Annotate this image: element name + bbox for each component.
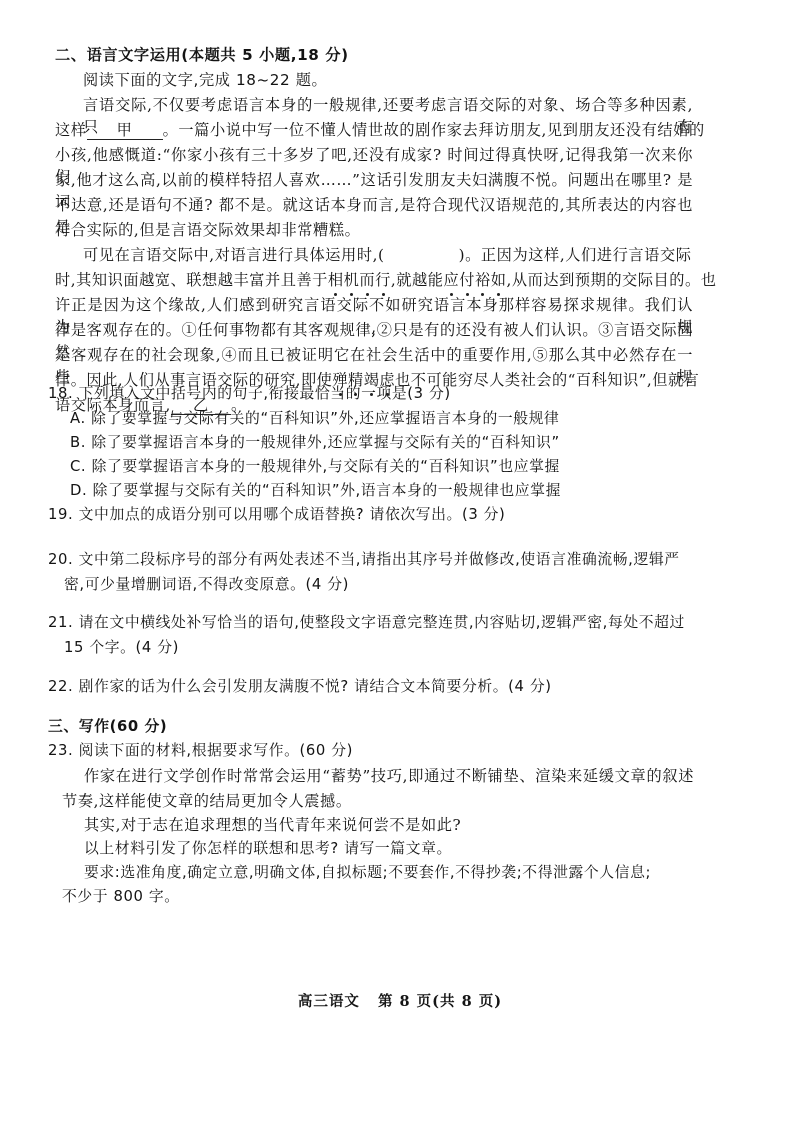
- dotted-idiom-1: 相机而行: [328, 271, 391, 289]
- passage-line: 符合实际的,但是言语交际效果却非常糟糕。: [55, 219, 360, 241]
- blank-jia: 甲: [87, 121, 163, 140]
- requirements-line2: 不少于 800 字。: [62, 886, 180, 908]
- passage-text: )。正因为这样,人们进行言语交际: [459, 246, 692, 264]
- question-21-line2: 15 个字。(4 分): [64, 637, 179, 659]
- page-footer: 高三语文 第 8 页(共 8 页): [0, 990, 800, 1011]
- material-line: 其实,对于志在追求理想的当代青年来说何尝不是如此?: [84, 814, 461, 836]
- section2-heading: 二、语言文字运用(本题共 5 小题,18 分): [55, 44, 349, 66]
- question-text: 文中第二段标序号的部分有两处表述不当,请指出其序号并做修改,使语言准确流畅,逻辑…: [79, 551, 680, 568]
- question-number: 21.: [48, 614, 73, 631]
- question-18-stem: 18. 下列填入文中括号内的句子,衔接最恰当的一项是(3 分): [48, 383, 451, 405]
- question-text: 文中加点的成语分别可以用哪个成语替换? 请依次写出。(3 分): [79, 506, 506, 523]
- dotted-idiom-2: 应付裕如: [444, 271, 507, 289]
- option-label: B.: [70, 434, 86, 451]
- question-text: 剧作家的话为什么会引发朋友满腹不悦? 请结合文本简要分析。(4 分): [79, 678, 552, 695]
- option-a[interactable]: A. 除了要掌握与交际有关的“百科知识”外,还应掌握语言本身的一般规律: [70, 408, 559, 430]
- option-c[interactable]: C. 除了要掌握语言本身的一般规律外,与交际有关的“百科知识”也应掌握: [70, 456, 560, 478]
- question-22: 22. 剧作家的话为什么会引发朋友满腹不悦? 请结合文本简要分析。(4 分): [48, 676, 552, 698]
- footer-page-number: 第 8 页(共 8 页): [378, 993, 502, 1010]
- question-number: 23.: [48, 742, 73, 759]
- writing-prompt: 以上材料引发了你怎样的联想和思考? 请写一篇文章。: [84, 838, 452, 860]
- question-text: 下列填入文中括号内的句子,衔接最恰当的一项是(3 分): [79, 385, 451, 402]
- question-20-line1: 20. 文中第二段标序号的部分有两处表述不当,请指出其序号并做修改,使语言准确流…: [48, 549, 680, 571]
- option-text: 除了要掌握语言本身的一般规律外,与交际有关的“百科知识”也应掌握: [92, 458, 560, 475]
- passage-line: 这样甲。一篇小说中写一位不懂人情世故的剧作家去拜访朋友,见到朋友还没有结婚的: [55, 119, 695, 141]
- question-number: 19.: [48, 506, 73, 523]
- question-23: 23. 阅读下面的材料,根据要求写作。(60 分): [48, 740, 353, 762]
- option-b[interactable]: B. 除了要掌握语言本身的一般规律外,还应掌握与交际有关的“百科知识”: [70, 432, 560, 454]
- option-text: 除了要掌握语言本身的一般规律外,还应掌握与交际有关的“百科知识”: [91, 434, 559, 451]
- material-line: 节奏,这样能使文章的结局更加令人震撼。: [62, 790, 352, 812]
- question-text: 阅读下面的材料,根据要求写作。(60 分): [79, 742, 353, 759]
- requirements-line1: 要求:选准角度,确定立意,明确文体,自拟标题;不要套作,不得抄袭;不得泄露个人信…: [84, 862, 651, 884]
- question-21-line1: 21. 请在文中横线处补写恰当的语句,使整段文字语意完整连贯,内容贴切,逻辑严密…: [48, 612, 685, 634]
- question-20-line2: 密,可少量增删词语,不得改变原意。(4 分): [64, 574, 349, 596]
- footer-subject: 高三语文: [298, 993, 360, 1010]
- passage-line: 时,其知识面越宽、联想越丰富并且善于相机而行,就越能应付裕如,从而达到预期的交际…: [55, 269, 695, 291]
- question-number: 18.: [48, 385, 73, 402]
- passage-text: 这样: [55, 121, 87, 139]
- passage-text: ,就越能: [391, 271, 444, 289]
- option-d[interactable]: D. 除了要掌握与交际有关的“百科知识”外,语言本身的一般规律也应掌握: [70, 480, 561, 502]
- passage-text: 。一篇小说中写一位不懂人情世故的剧作家去拜访朋友,见到朋友还没有结婚的: [163, 121, 705, 139]
- option-label: D.: [70, 482, 87, 499]
- option-text: 除了要掌握与交际有关的“百科知识”外,还应掌握语言本身的一般规律: [91, 410, 559, 427]
- passage-line: 可见在言语交际中,对语言进行具体运用时,()。正因为这样,人们进行言语交际: [83, 244, 693, 266]
- material-line: 作家在进行文学创作时常常会运用“蓄势”技巧,即通过不断铺垫、渲染来延缓文章的叙述: [84, 765, 694, 787]
- question-text: 请在文中横线处补写恰当的语句,使整段文字语意完整连贯,内容贴切,逻辑严密,每处不…: [79, 614, 685, 631]
- section2-instruction: 阅读下面的文字,完成 18~22 题。: [83, 69, 327, 91]
- passage-text: 可见在言语交际中,对语言进行具体运用时,(: [83, 246, 385, 264]
- question-number: 22.: [48, 678, 73, 695]
- exam-page: 二、语言文字运用(本题共 5 小题,18 分) 阅读下面的文字,完成 18~22…: [0, 0, 800, 1132]
- passage-text: ,从而达到预期的交际目的。也: [507, 271, 717, 289]
- option-label: C.: [70, 458, 86, 475]
- section3-heading: 三、写作(60 分): [48, 716, 167, 738]
- option-label: A.: [70, 410, 86, 427]
- option-text: 除了要掌握与交际有关的“百科知识”外,语言本身的一般规律也应掌握: [93, 482, 561, 499]
- passage-text: 时,其知识面越宽、联想越丰富并且善于: [55, 271, 328, 289]
- question-19: 19. 文中加点的成语分别可以用哪个成语替换? 请依次写出。(3 分): [48, 504, 505, 526]
- question-number: 20.: [48, 551, 73, 568]
